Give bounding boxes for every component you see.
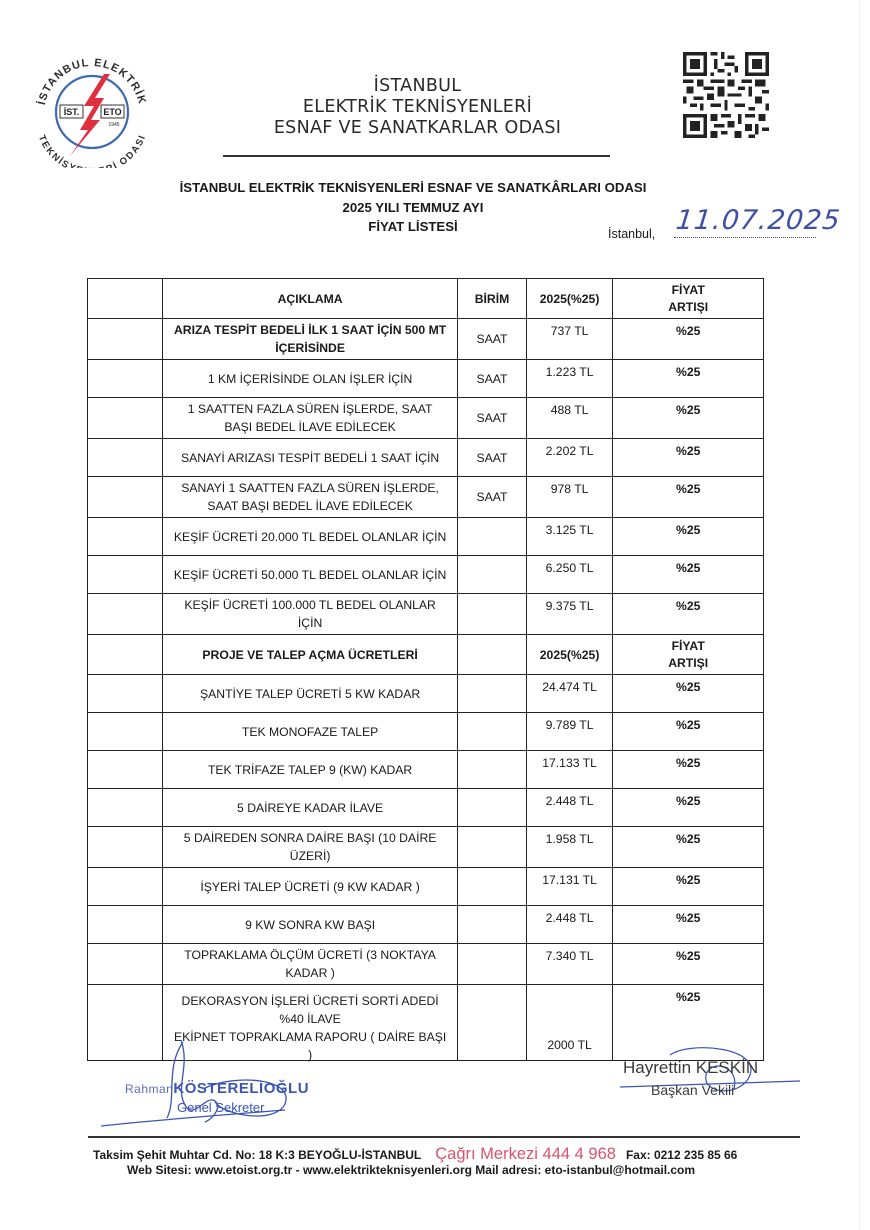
table-cell xyxy=(88,868,163,906)
row-description: KEŞİF ÜCRETİ 20.000 TL BEDEL OLANLAR İÇİ… xyxy=(162,518,457,556)
row-price: 24.474 TL xyxy=(526,675,613,713)
secretary-first-name: Rahman xyxy=(125,1082,173,1096)
row-increase: %25 xyxy=(613,360,764,398)
qr-code-icon xyxy=(680,52,772,138)
row-unit xyxy=(458,675,527,713)
row-price: 978 TL xyxy=(526,477,613,518)
row-increase: %25 xyxy=(613,713,764,751)
table-row: ARIZA TESPİT BEDELİ İLK 1 SAAT İÇİN 500 … xyxy=(88,319,764,360)
table-row: KEŞİF ÜCRETİ 20.000 TL BEDEL OLANLAR İÇİ… xyxy=(88,518,764,556)
row-unit xyxy=(458,944,527,985)
table-cell xyxy=(88,635,163,675)
section-2-rows: ŞANTİYE TALEP ÜCRETİ 5 KW KADAR24.474 TL… xyxy=(88,675,764,985)
svg-text:1945: 1945 xyxy=(108,122,119,128)
last-row-price: 2000 TL xyxy=(526,985,613,1061)
row-description: ARIZA TESPİT BEDELİ İLK 1 SAAT İÇİN 500 … xyxy=(162,319,457,360)
table-row: 5 DAİREYE KADAR İLAVE2.448 TL%25 xyxy=(88,789,764,827)
row-description: SANAYİ ARIZASI TESPİT BEDELİ 1 SAAT İÇİN xyxy=(162,439,457,477)
table-row: 1 SAATTEN FAZLA SÜREN İŞLERDE, SAAT BAŞI… xyxy=(88,398,764,439)
table-cell xyxy=(88,439,163,477)
organization-logo: İSTANBUL ELEKTRİK TEKNİSYENLERİ ODASI İS… xyxy=(30,48,154,168)
row-increase: %25 xyxy=(613,398,764,439)
row-price: 9.789 TL xyxy=(526,713,613,751)
row-unit xyxy=(458,518,527,556)
secretary-role: Genel Sekreter xyxy=(177,1100,264,1115)
document-heading: İSTANBUL ELEKTRİK TEKNİSYENLERİ ESNAF VE… xyxy=(160,178,666,237)
handwritten-date: 11.07.2025 xyxy=(674,205,842,236)
table-row: 9 KW SONRA KW BAŞI2.448 TL%25 xyxy=(88,906,764,944)
row-increase: %25 xyxy=(613,789,764,827)
row-increase: %25 xyxy=(613,477,764,518)
footer-web-line: Web Sitesi: www.etoist.org.tr - www.elek… xyxy=(127,1163,695,1177)
footer-divider xyxy=(88,1136,800,1138)
heading-line: 2025 YILI TEMMUZ AYI xyxy=(160,198,666,218)
table-cell xyxy=(88,477,163,518)
row-description: KEŞİF ÜCRETİ 50.000 TL BEDEL OLANLAR İÇİ… xyxy=(162,556,457,594)
header-divider xyxy=(223,155,610,157)
row-description: TEK MONOFAZE TALEP xyxy=(162,713,457,751)
row-description: KEŞİF ÜCRETİ 100.000 TL BEDEL OLANLAR İÇ… xyxy=(162,594,457,635)
row-description: 9 KW SONRA KW BAŞI xyxy=(162,906,457,944)
row-unit xyxy=(458,868,527,906)
section-2-header-row: PROJE VE TALEP AÇMA ÜCRETLERİ 2025(%25) … xyxy=(88,635,764,675)
row-increase: %25 xyxy=(613,556,764,594)
svg-text:TEKNİSYENLERİ ODASI: TEKNİSYENLERİ ODASI xyxy=(36,134,148,168)
row-increase: %25 xyxy=(613,594,764,635)
table-cell xyxy=(88,360,163,398)
org-title-line: ESNAF VE SANATKARLAR ODASI xyxy=(225,118,610,139)
heading-line: İSTANBUL ELEKTRİK TEKNİSYENLERİ ESNAF VE… xyxy=(160,178,666,198)
table-row: İŞYERİ TALEP ÜCRETİ (9 KW KADAR )17.131 … xyxy=(88,868,764,906)
row-price: 737 TL xyxy=(526,319,613,360)
row-price: 9.375 TL xyxy=(526,594,613,635)
header-increase: FİYAT ARTIŞI xyxy=(613,279,764,319)
row-description: 5 DAİREYE KADAR İLAVE xyxy=(162,789,457,827)
table-row: KEŞİF ÜCRETİ 50.000 TL BEDEL OLANLAR İÇİ… xyxy=(88,556,764,594)
table-row: SANAYİ 1 SAATTEN FAZLA SÜREN İŞLERDE, SA… xyxy=(88,477,764,518)
table-row: 5 DAİREDEN SONRA DAİRE BAŞI (10 DAİRE ÜZ… xyxy=(88,827,764,868)
row-unit xyxy=(458,556,527,594)
svg-text:ETO: ETO xyxy=(103,107,121,117)
vice-president-name: Hayrettin KESKİN xyxy=(623,1058,758,1077)
section-2-increase-text: FİYAT ARTIŞI xyxy=(663,638,713,672)
table-row: ŞANTİYE TALEP ÜCRETİ 5 KW KADAR24.474 TL… xyxy=(88,675,764,713)
price-list-table: AÇIKLAMA BİRİM 2025(%25) FİYAT ARTIŞI AR… xyxy=(87,278,764,1061)
date-place-label: İstanbul, xyxy=(608,227,655,241)
row-increase: %25 xyxy=(613,751,764,789)
svg-text:İST.: İST. xyxy=(64,107,80,117)
table-cell xyxy=(88,398,163,439)
footer-call-center: Çağrı Merkezi 444 4 968 xyxy=(435,1145,616,1163)
table-cell xyxy=(458,985,527,1061)
header-unit: BİRİM xyxy=(458,279,527,319)
row-increase: %25 xyxy=(613,675,764,713)
page-edge xyxy=(859,0,860,1230)
row-unit: SAAT xyxy=(458,360,527,398)
price-value: 2000 TL xyxy=(547,1038,592,1052)
header-description: AÇIKLAMA xyxy=(162,279,457,319)
org-title-line: İSTANBUL xyxy=(225,76,610,97)
row-increase: %25 xyxy=(613,906,764,944)
section-2-increase-header: FİYAT ARTIŞI xyxy=(613,635,764,675)
header-price: 2025(%25) xyxy=(526,279,613,319)
row-unit xyxy=(458,751,527,789)
signature-secretary: RahmanKÖSTERELİOĞLU Genel Sekreter xyxy=(125,1080,309,1097)
row-description: 1 SAATTEN FAZLA SÜREN İŞLERDE, SAAT BAŞI… xyxy=(162,398,457,439)
row-increase: %25 xyxy=(613,944,764,985)
row-increase: %25 xyxy=(613,319,764,360)
table-cell xyxy=(458,635,527,675)
organization-title: İSTANBUL ELEKTRİK TEKNİSYENLERİ ESNAF VE… xyxy=(225,76,610,139)
row-price: 488 TL xyxy=(526,398,613,439)
table-cell xyxy=(88,789,163,827)
row-unit: SAAT xyxy=(458,477,527,518)
row-unit xyxy=(458,906,527,944)
row-description: TOPRAKLAMA ÖLÇÜM ÜCRETİ (3 NOKTAYA KADAR… xyxy=(162,944,457,985)
row-description: 5 DAİREDEN SONRA DAİRE BAŞI (10 DAİRE ÜZ… xyxy=(162,827,457,868)
row-price: 1.223 TL xyxy=(526,360,613,398)
decoration-fee-text: DEKORASYON İŞLERİ ÜCRETİ SORTİ ADEDİ %40… xyxy=(171,992,449,1028)
row-increase: %25 xyxy=(613,439,764,477)
table-row: 1 KM İÇERİSİNDE OLAN İŞLER İÇİNSAAT1.223… xyxy=(88,360,764,398)
footer-contact-line: Taksim Şehit Muhtar Cd. No: 18 K:3 BEYOĞ… xyxy=(93,1145,737,1164)
row-increase: %25 xyxy=(613,868,764,906)
table-row: SANAYİ ARIZASI TESPİT BEDELİ 1 SAAT İÇİN… xyxy=(88,439,764,477)
row-price: 7.340 TL xyxy=(526,944,613,985)
row-increase: %25 xyxy=(613,518,764,556)
row-price: 17.131 TL xyxy=(526,868,613,906)
table-row: KEŞİF ÜCRETİ 100.000 TL BEDEL OLANLAR İÇ… xyxy=(88,594,764,635)
row-unit xyxy=(458,789,527,827)
table-cell xyxy=(88,675,163,713)
section-2-price-header: 2025(%25) xyxy=(526,635,613,675)
table-row: TEK MONOFAZE TALEP9.789 TL%25 xyxy=(88,713,764,751)
table-row: TEK TRİFAZE TALEP 9 (KW) KADAR17.133 TL%… xyxy=(88,751,764,789)
table-cell xyxy=(88,594,163,635)
row-unit xyxy=(458,594,527,635)
row-price: 2.448 TL xyxy=(526,789,613,827)
section-1-rows: ARIZA TESPİT BEDELİ İLK 1 SAAT İÇİN 500 … xyxy=(88,319,764,635)
table-cell xyxy=(88,713,163,751)
row-description: ŞANTİYE TALEP ÜCRETİ 5 KW KADAR xyxy=(162,675,457,713)
table-header-row: AÇIKLAMA BİRİM 2025(%25) FİYAT ARTIŞI xyxy=(88,279,764,319)
footer-fax: Fax: 0212 235 85 66 xyxy=(626,1148,737,1162)
row-price: 17.133 TL xyxy=(526,751,613,789)
footer-address: Taksim Şehit Muhtar Cd. No: 18 K:3 BEYOĞ… xyxy=(93,1148,421,1162)
row-price: 2.202 TL xyxy=(526,439,613,477)
row-description: TEK TRİFAZE TALEP 9 (KW) KADAR xyxy=(162,751,457,789)
row-unit xyxy=(458,713,527,751)
table-cell xyxy=(88,827,163,868)
table-cell xyxy=(88,518,163,556)
table-cell xyxy=(88,944,163,985)
table-cell xyxy=(88,556,163,594)
table-cell xyxy=(88,751,163,789)
vice-president-role: Başkan Vekili xyxy=(651,1082,734,1098)
row-description: SANAYİ 1 SAATTEN FAZLA SÜREN İŞLERDE, SA… xyxy=(162,477,457,518)
row-price: 1.958 TL xyxy=(526,827,613,868)
row-price: 2.448 TL xyxy=(526,906,613,944)
row-increase: %25 xyxy=(613,827,764,868)
row-unit: SAAT xyxy=(458,439,527,477)
row-unit: SAAT xyxy=(458,398,527,439)
secretary-last-name: KÖSTERELİOĞLU xyxy=(173,1080,309,1097)
table-cell xyxy=(88,279,163,319)
signature-vice-president: Hayrettin KESKİN Başkan Vekili xyxy=(623,1058,758,1078)
heading-line: FİYAT LİSTESİ xyxy=(160,217,666,237)
row-description: İŞYERİ TALEP ÜCRETİ (9 KW KADAR ) xyxy=(162,868,457,906)
section-2-title: PROJE VE TALEP AÇMA ÜCRETLERİ xyxy=(162,635,457,675)
row-price: 3.125 TL xyxy=(526,518,613,556)
row-description: 1 KM İÇERİSİNDE OLAN İŞLER İÇİN xyxy=(162,360,457,398)
org-title-line: ELEKTRİK TEKNİSYENLERİ xyxy=(225,97,610,118)
row-unit xyxy=(458,827,527,868)
row-unit: SAAT xyxy=(458,319,527,360)
row-price: 6.250 TL xyxy=(526,556,613,594)
header-increase-text: FİYAT ARTIŞI xyxy=(663,282,713,316)
table-cell xyxy=(88,906,163,944)
table-cell xyxy=(88,319,163,360)
table-row: TOPRAKLAMA ÖLÇÜM ÜCRETİ (3 NOKTAYA KADAR… xyxy=(88,944,764,985)
